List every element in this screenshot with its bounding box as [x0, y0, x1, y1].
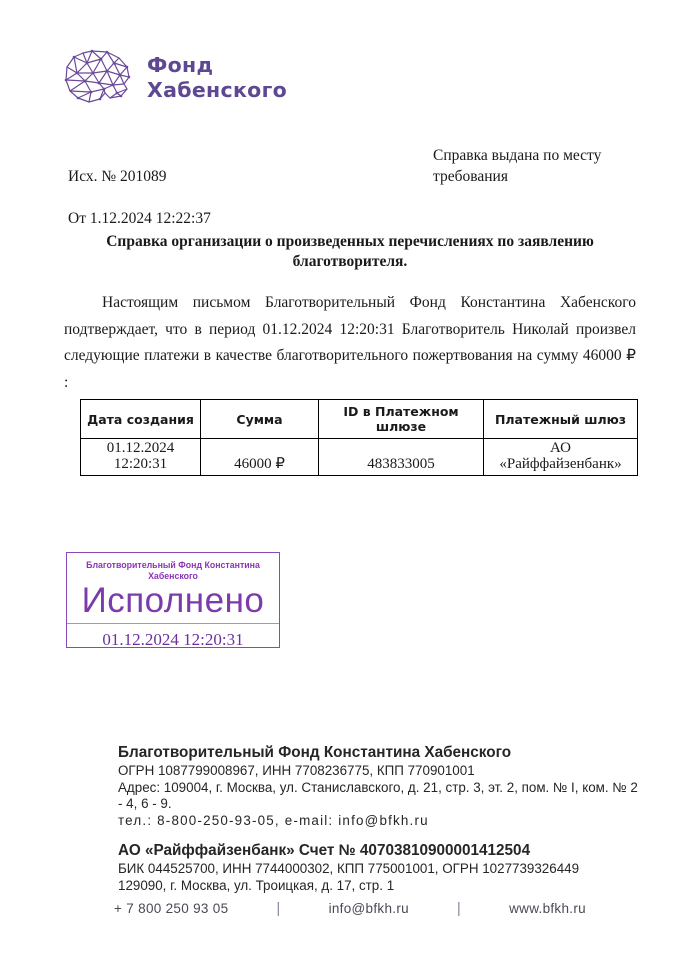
stamp-org-name: Благотворительный Фонд Константина Хабен… — [75, 560, 271, 582]
stamp-top-section: Благотворительный Фонд Константина Хабен… — [67, 560, 279, 623]
document-body: Настоящим письмом Благотворительный Фонд… — [64, 290, 636, 396]
stamp-datetime: 01.12.2024 12:20:31 — [67, 624, 279, 650]
table-row: 01.12.2024 12:20:31 46000 ₽ 483833005 АО… — [81, 439, 638, 476]
footer-website: www.bfkh.ru — [509, 901, 586, 916]
ref-number: Исх. № 201089 — [68, 166, 211, 187]
footer-phone: + 7 800 250 93 05 — [114, 901, 228, 916]
footer-contact-bar: + 7 800 250 93 05 | info@bfkh.ru | www.b… — [0, 897, 700, 919]
bank-registration: БИК 044525700, ИНН 7744000302, КПП 77500… — [118, 861, 638, 878]
org-registration: ОГРН 1087799008967, ИНН 7708236775, КПП … — [118, 763, 638, 780]
cell-amount: 46000 ₽ — [201, 439, 319, 476]
cell-created: 01.12.2024 12:20:31 — [81, 439, 201, 476]
bank-address: 129090, г. Москва, ул. Троицкая, д. 17, … — [118, 878, 638, 895]
bank-title: АО «Райффайзенбанк» Счет № 4070381090000… — [118, 841, 638, 860]
col-header-amount: Сумма — [201, 400, 319, 439]
document-title: Справка организации о произведенных пере… — [64, 232, 636, 272]
ref-date: От 1.12.2024 12:22:37 — [68, 208, 211, 229]
col-header-gateway-id: ID в Платежном шлюзе — [319, 400, 484, 439]
cell-gateway: АО «Райффайзенбанк» — [484, 439, 638, 476]
org-name: Благотворительный Фонд Константина Хабен… — [118, 743, 638, 762]
executed-stamp: Благотворительный Фонд Константина Хабен… — [66, 552, 280, 648]
logo-wordmark: Фонд Хабенского — [147, 53, 287, 103]
payments-table: Дата создания Сумма ID в Платежном шлюзе… — [80, 399, 638, 476]
org-address: Адрес: 109004, г. Москва, ул. Станиславс… — [118, 780, 638, 813]
footer-separator: | — [276, 900, 280, 917]
brand-logo: Фонд Хабенского — [62, 48, 287, 108]
document-page: Фонд Хабенского Исх. № 201089 От 1.12.20… — [0, 0, 700, 964]
issued-note: Справка выдана по месту требования — [433, 145, 645, 187]
spacer — [118, 829, 638, 841]
logo-word-1: Фонд — [147, 53, 287, 78]
details-section: Благотворительный Фонд Константина Хабен… — [118, 743, 638, 895]
table-header-row: Дата создания Сумма ID в Платежном шлюзе… — [81, 400, 638, 439]
footer-email: info@bfkh.ru — [329, 901, 409, 916]
org-contacts: тел.: 8-800-250-93-05, e-mail: info@bfkh… — [118, 813, 638, 830]
footer-separator: | — [457, 900, 461, 917]
cell-gateway-id: 483833005 — [319, 439, 484, 476]
logo-word-2: Хабенского — [147, 78, 287, 103]
col-header-created: Дата создания — [81, 400, 201, 439]
brain-mesh-icon — [62, 48, 136, 108]
col-header-gateway: Платежный шлюз — [484, 400, 638, 439]
stamp-status-text: Исполнено — [67, 582, 279, 620]
